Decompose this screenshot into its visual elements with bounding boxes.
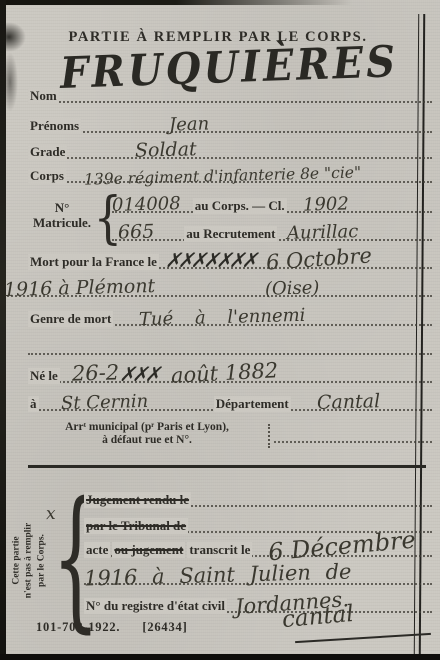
matricule-label-line1: N°	[30, 200, 94, 215]
arrondissement-label-line1: Arrᵗ municipal (pʳ Paris et Lyon),	[28, 421, 266, 434]
ne-le-label: Né le	[28, 368, 60, 384]
acte-label-rest: transcrit le	[187, 542, 252, 558]
mort-dept-paren: (Oise)	[265, 279, 320, 298]
mort-date-value: 6 Octobre	[266, 245, 373, 273]
genre-de-mort-label: Genre de mort	[28, 311, 113, 327]
section-divider	[28, 465, 426, 468]
acte-label-word: acte	[84, 542, 110, 558]
mort-place-value: 1916 à Plémont	[4, 277, 156, 300]
mort-scratched-text: ✗✗✗✗✗✗✗	[165, 250, 254, 270]
corps-label: Corps	[28, 168, 66, 184]
genre-de-mort-value: Tué à l'ennemi	[139, 307, 306, 329]
transcription-place-value: 1916 à Saint Julien de	[84, 562, 352, 590]
field-row-mort-line2: 1916 à Plémont (Oise)	[4, 274, 432, 298]
registre-label: N° du registre d'état civil	[84, 598, 227, 614]
mort-label: Mort pour la France le	[28, 254, 159, 270]
dotted-rule	[28, 131, 432, 133]
matricule-label-line2: Matricule.	[30, 215, 94, 230]
scan-edge-left	[0, 0, 6, 660]
pen-flourish	[295, 633, 431, 643]
field-row-birthplace: à St Cernin Département Cantal	[28, 388, 432, 412]
dotted-rule	[28, 353, 432, 355]
arrondissement-label: Arrᵗ municipal (pʳ Paris et Lyon), à déf…	[28, 421, 266, 447]
dotted-rule	[28, 157, 432, 159]
grade-value: Soldat	[135, 140, 197, 161]
birth-date-value: août 1882	[171, 360, 279, 387]
scan-edge-bottom	[0, 654, 440, 660]
sidebar-note-line1: Cette partie	[10, 486, 22, 636]
birth-day-prefix: 26-2	[72, 362, 120, 384]
arrondissement-divider	[268, 424, 270, 448]
field-row-mort: Mort pour la France le ✗✗✗✗✗✗✗ 6 Octobre	[28, 246, 432, 270]
departement-label: Département	[214, 396, 291, 412]
registre-value-departement: cantal	[281, 603, 354, 632]
departement-value: Cantal	[316, 392, 380, 413]
a-label: à	[28, 396, 39, 412]
matricule-label: N° Matricule.	[30, 200, 94, 230]
field-row-corps: Corps 139e régiment d'infanterie 8e "cie…	[28, 160, 432, 184]
classe-value: 1902	[302, 195, 348, 214]
recrutement-place-value: Aurillac	[287, 223, 359, 243]
margin-scratch-mark: x	[46, 506, 56, 523]
sidebar-note-line2: n'est pas à remplir	[23, 486, 35, 636]
tribunal-label: par le Tribunal de	[84, 518, 188, 534]
field-row-jugement: Jugement rendu le	[84, 484, 432, 508]
field-row-registre: N° du registre d'état civil Jordannes.	[84, 590, 432, 614]
birthplace-value: St Cernin	[60, 393, 148, 413]
nom-label: Nom	[28, 88, 59, 104]
prenoms-label: Prénoms	[28, 118, 81, 134]
field-row-grade: Grade Soldat	[28, 136, 432, 160]
dotted-rule	[274, 441, 432, 443]
field-row-prenoms: Prénoms Jean	[28, 110, 432, 134]
blank-row	[28, 332, 432, 356]
matricule-corps-number: 014008	[112, 195, 181, 215]
sidebar-note: Cette partie n'est pas à remplir par le …	[10, 486, 47, 636]
field-row-matricule-corps: 014008 au Corps. — Cl. 1902	[112, 190, 432, 214]
field-row-genre-de-mort: Genre de mort Tué à l'ennemi	[28, 303, 432, 327]
dotted-rule	[28, 101, 432, 103]
acte-label-struck: ou jugement	[112, 542, 185, 558]
jugement-label: Jugement rendu le	[84, 492, 191, 508]
recrutement-number: 665	[118, 223, 155, 243]
corps-value: 139e régiment d'infanterie 8e "cie"	[84, 165, 361, 188]
au-recrutement-label: au Recrutement	[184, 226, 277, 242]
field-row-arrondissement	[274, 420, 432, 444]
field-row-transcription: acte ou jugement transcrit le 6 Décembre	[84, 534, 432, 558]
field-row-matricule-recrutement: 665 au Recrutement Aurillac	[112, 218, 432, 242]
field-row-naissance: Né le 26-2 ✗✗✗ août 1882	[28, 360, 432, 384]
birth-scratched-text: ✗✗✗	[119, 364, 157, 384]
scan-edge-top	[0, 0, 440, 5]
grade-label: Grade	[28, 144, 67, 160]
prenoms-value: Jean	[169, 115, 210, 134]
print-ref: [26434]	[142, 620, 187, 635]
field-row-transcription-line2: 1916 à Saint Julien de	[84, 562, 432, 586]
au-corps-label: au Corps. — Cl.	[193, 198, 287, 214]
arrondissement-label-line2: à défaut rue et N°.	[28, 434, 266, 447]
military-death-record-card: PARTIE À REMPLIR PAR LE CORPS. FRUQUIÈRE…	[0, 0, 440, 660]
